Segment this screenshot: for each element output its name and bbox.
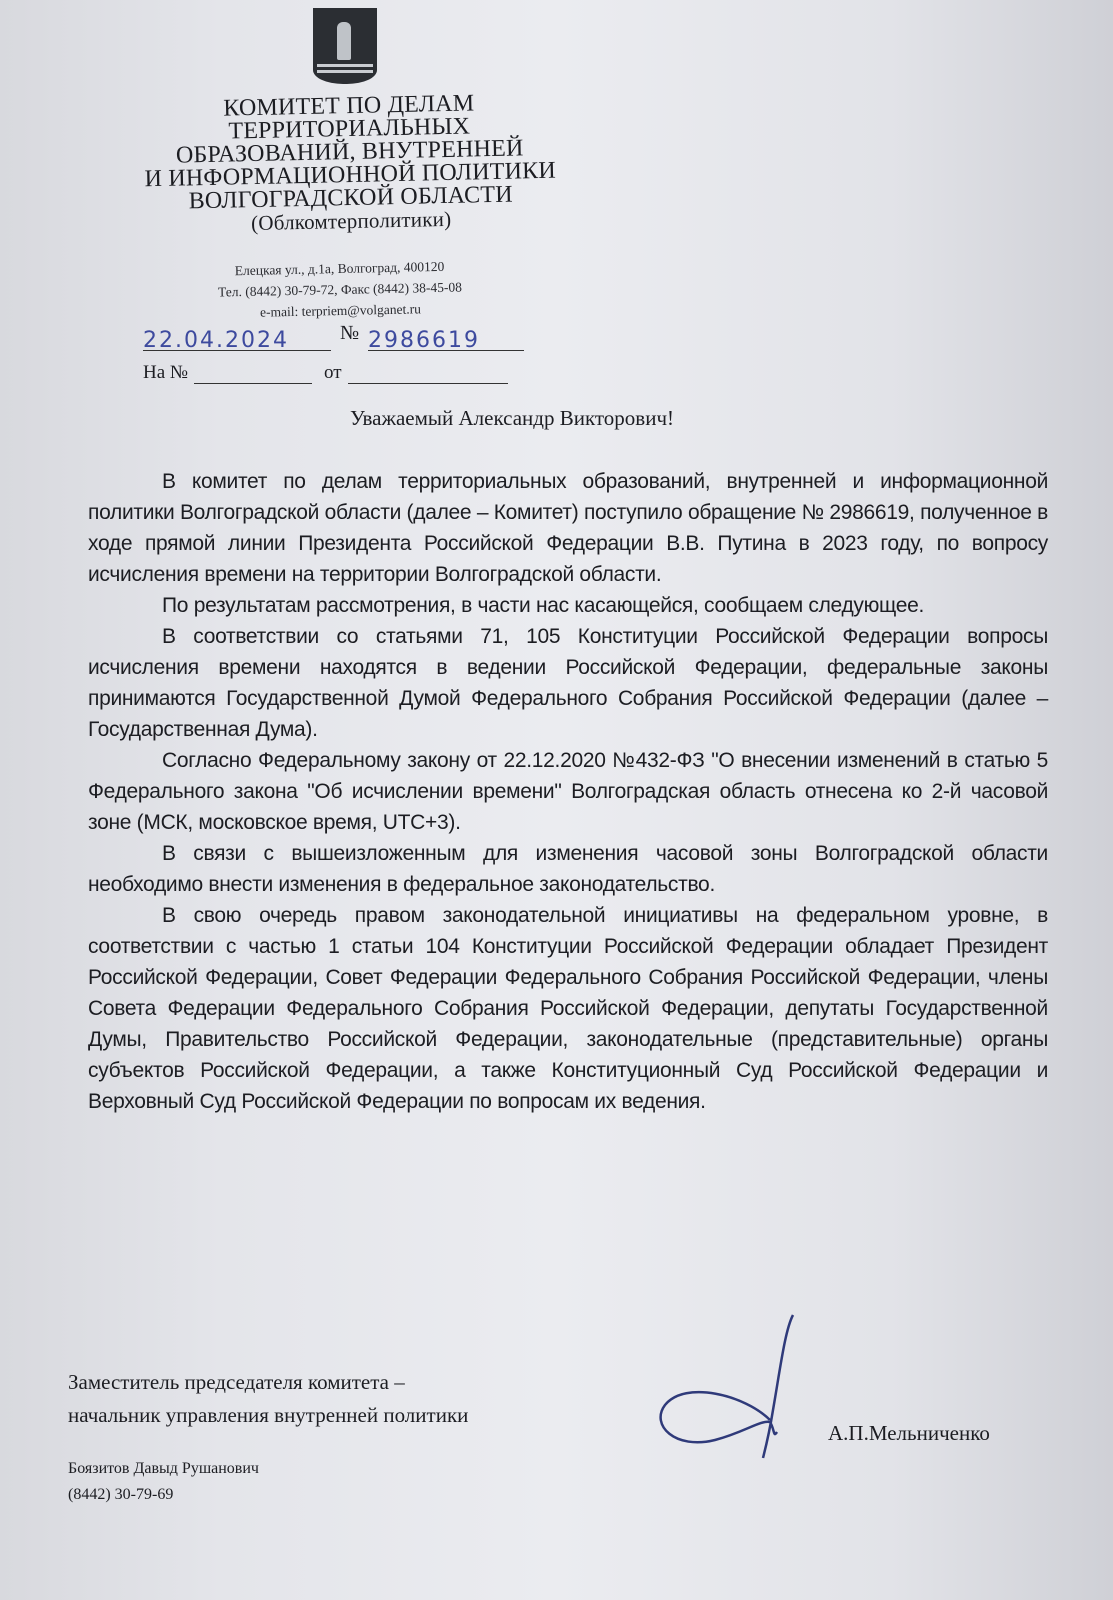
paragraph: В комитет по делам территориальных образ… bbox=[88, 466, 1048, 590]
ref-blank bbox=[194, 365, 312, 384]
paragraph: В соответствии со статьями 71, 105 Конст… bbox=[88, 621, 1048, 745]
greeting: Уважаемый Александр Викторович! bbox=[350, 406, 674, 431]
letterhead-contacts: Елецкая ул., д.1а, Волгоград, 400120 Тел… bbox=[159, 254, 520, 325]
reg-date: 22.04.2024 bbox=[143, 328, 331, 351]
coat-of-arms-icon bbox=[313, 8, 377, 84]
paragraph: По результатам рассмотрения, в части нас… bbox=[88, 590, 1048, 621]
letterhead-org: КОМИТЕТ ПО ДЕЛАМ ТЕРРИТОРИАЛЬНЫХ ОБРАЗОВ… bbox=[109, 90, 592, 238]
signatory-title: Заместитель председателя комитета – нача… bbox=[68, 1366, 468, 1432]
reg-number: 2986619 bbox=[368, 328, 524, 351]
executor-phone: (8442) 30-79-69 bbox=[68, 1482, 259, 1508]
from-label: от bbox=[324, 362, 342, 383]
from-blank bbox=[348, 365, 508, 384]
title-line: Заместитель председателя комитета – bbox=[68, 1366, 468, 1399]
letter-body: В комитет по делам территориальных образ… bbox=[88, 466, 1048, 1117]
executor-name: Боязитов Давыд Рушанович bbox=[68, 1456, 259, 1482]
paragraph: В связи с вышеизложенным для изменения ч… bbox=[88, 838, 1048, 900]
executor-info: Боязитов Давыд Рушанович (8442) 30-79-69 bbox=[68, 1456, 259, 1508]
title-line: начальник управления внутренней политики bbox=[68, 1399, 468, 1432]
letter-page: КОМИТЕТ ПО ДЕЛАМ ТЕРРИТОРИАЛЬНЫХ ОБРАЗОВ… bbox=[0, 0, 1113, 1600]
paragraph: В свою очередь правом законодательной ин… bbox=[88, 900, 1048, 1117]
reference-line: На №от bbox=[143, 362, 520, 384]
signatory-name: А.П.Мельниченко bbox=[828, 1421, 990, 1446]
reg-number-label: № bbox=[340, 322, 359, 345]
handwritten-signature-icon bbox=[645, 1310, 805, 1460]
paragraph: Согласно Федеральному закону от 22.12.20… bbox=[88, 745, 1048, 838]
ref-label: На № bbox=[143, 362, 188, 383]
